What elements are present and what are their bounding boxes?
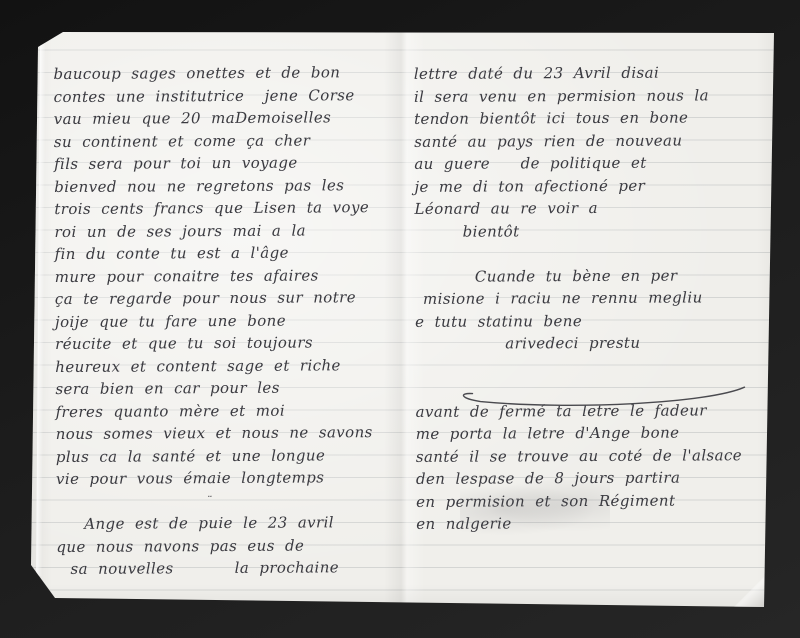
- letter-page-left: baucoup sages onettes et de bon contes u…: [53, 61, 392, 581]
- handwriting-line: Cuande tu bène en per: [415, 264, 760, 288]
- handwriting-line: trois cents francs que Lisen ta voye: [54, 196, 390, 221]
- handwriting-mark: ¨: [56, 488, 392, 513]
- handwriting-line: il sera venu en permision nous la: [414, 84, 759, 108]
- handwriting-line: joije que tu fare une bone: [55, 308, 391, 333]
- handwriting-line: su continent et come ça cher: [54, 128, 390, 153]
- handwriting-line: misione i raciu ne rennu megliu: [415, 286, 760, 310]
- handwriting-line: que nous navons pas eus de: [56, 533, 392, 558]
- handwriting-line: [415, 241, 760, 265]
- handwriting-line: je me di ton afectioné per: [414, 174, 759, 198]
- letter-sheet: baucoup sages onettes et de bon contes u…: [30, 28, 775, 610]
- handwriting-line: sa nouvelles la prochaine: [56, 556, 392, 581]
- handwriting-line: freres quanto mère et moi: [55, 398, 391, 423]
- handwriting-line: Léonard au re voir a: [414, 196, 759, 220]
- handwriting-line: nous somes vieux et nous ne savons: [56, 421, 392, 446]
- handwriting-line: roi un de ses jours mai a la: [54, 218, 390, 243]
- paper-smudge: [460, 480, 610, 540]
- handwriting-line: vau mieu que 20 maDemoiselles: [54, 106, 390, 131]
- handwriting-line: e tutu statinu bene: [415, 309, 760, 333]
- letter-page-right: lettre daté du 23 Avril disai il sera ve…: [414, 61, 761, 535]
- handwriting-line: plus ca la santé et une longue: [56, 443, 392, 468]
- handwriting-line: vie pour vous émaie longtemps: [56, 466, 392, 491]
- handwriting-line: fin du conte tu est a l'âge: [55, 241, 391, 266]
- handwriting-line: ça te regarde pour nous sur notre: [55, 286, 391, 311]
- handwriting-line: réucite et que tu soi toujours: [55, 331, 391, 356]
- handwriting-line: arivedeci prestu: [415, 331, 760, 355]
- handwriting-line: baucoup sages onettes et de bon: [53, 61, 389, 86]
- handwriting-line: bientôt: [415, 219, 760, 243]
- handwriting-line: santé il se trouve au coté de l'alsace: [416, 444, 761, 468]
- corner-fold: [733, 574, 767, 608]
- handwriting-line: [415, 354, 760, 378]
- handwriting-line: sera bien en car pour les: [55, 376, 391, 401]
- handwriting-line: santé au pays rien de nouveau: [414, 129, 759, 153]
- paper-edge-highlight: [36, 36, 46, 576]
- handwriting-line: mure pour conaitre tes afaires: [55, 263, 391, 288]
- handwriting-line: contes une institutrice jene Corse: [54, 83, 390, 108]
- handwriting-line: fils sera pour toi un voyage: [54, 151, 390, 176]
- handwriting-line: Ange est de puie le 23 avril: [56, 511, 392, 536]
- handwriting-line: heureux et content sage et riche: [55, 353, 391, 378]
- handwriting-line: bienved nou ne regretons pas les: [54, 173, 390, 198]
- handwriting-line: au guere de politique et: [414, 151, 759, 175]
- handwriting-line: me porta la letre d'Ange bone: [416, 421, 761, 445]
- flourish-underline-icon: [450, 383, 750, 411]
- handwriting-line: tendon bientôt ici tous en bone: [414, 106, 759, 130]
- handwriting-line: lettre daté du 23 Avril disai: [414, 61, 759, 85]
- scan-background: baucoup sages onettes et de bon contes u…: [0, 0, 800, 638]
